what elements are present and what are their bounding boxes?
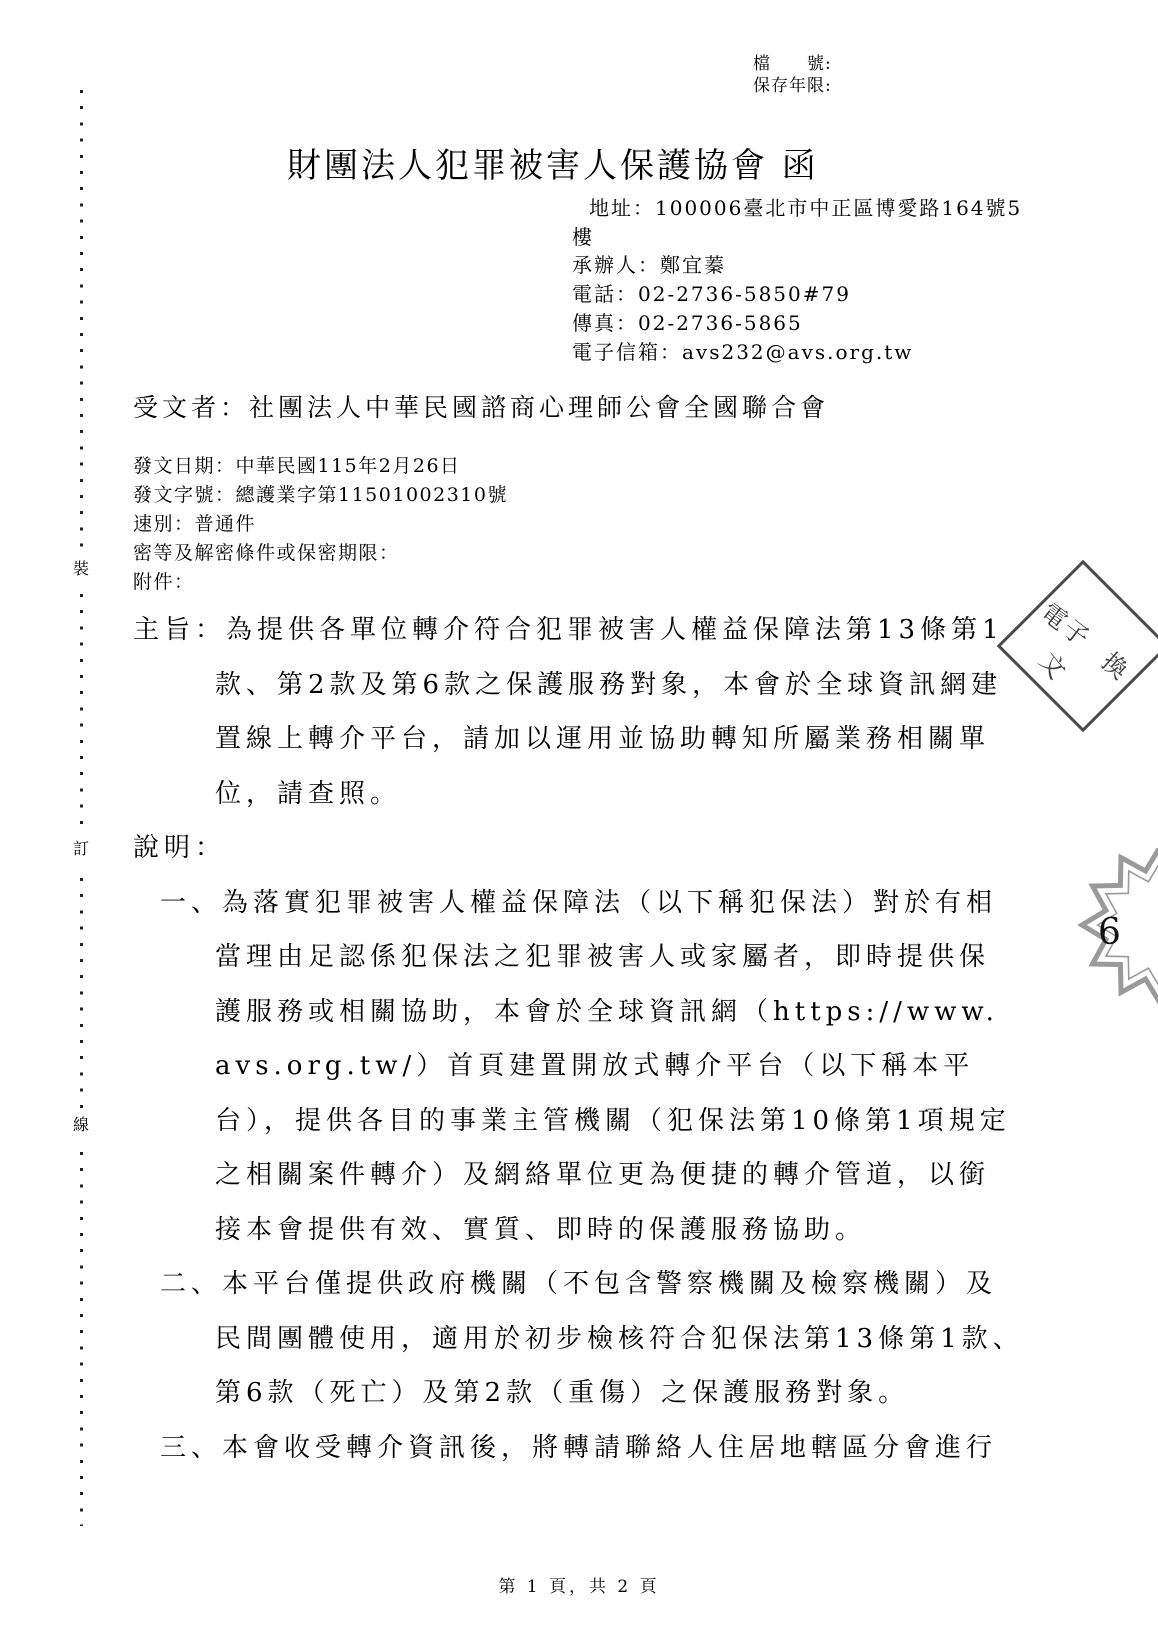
stamp-text: 換 [1095, 643, 1139, 688]
binding-char-zhuang: 裝 [73, 556, 89, 579]
sender-email: 電子信箱：avs232@avs.org.tw [572, 338, 1022, 367]
recipient-line: 受文者：社團法人中華民國諮商心理師公會全國聯合會 [133, 388, 829, 424]
subject-line: 款、第2款及第6款之保護服務對象，本會於全球資訊網建 [133, 658, 1024, 713]
explanation-item-1: avs.org.tw/）首頁建置開放式轉介平台（以下稱本平 [133, 1039, 1024, 1094]
stamp-text: 電子 [1034, 593, 1099, 654]
subject-line: 主旨：為提供各單位轉介符合犯罪被害人權益保障法第13條第1 [133, 603, 1024, 658]
document-title: 財團法人犯罪被害人保護協會 函 [287, 138, 819, 187]
document-meta-block: 發文日期：中華民國115年2月26日 發文字號：總護業字第11501002310… [133, 452, 508, 597]
stamp-text: 文 [1032, 644, 1077, 688]
explanation-item-1: 之相關案件轉介）及網絡單位更為便捷的轉介管道，以銜 [133, 1148, 1024, 1203]
sender-phone: 電話：02-2736-5850#79 [572, 280, 1022, 309]
retention-label: 保存年限: [753, 75, 832, 97]
binding-dots-segment [80, 90, 83, 550]
security-class: 密等及解密條件或保密期限： [133, 539, 508, 568]
explanation-item-3: 三、本會收受轉介資訊後，將轉請聯絡人住居地轄區分會進行 [133, 1421, 1024, 1476]
binding-char-ding: 訂 [73, 836, 89, 859]
document-body: 主旨：為提供各單位轉介符合犯罪被害人權益保障法第13條第1 款、第2款及第6款之… [133, 603, 1024, 1475]
sender-address-line: 地址：100006臺北市中正區博愛路164號5 [572, 194, 1022, 223]
sender-fax: 傳真：02-2736-5865 [572, 309, 1022, 338]
binding-dots-segment [80, 878, 83, 1108]
explanation-item-1: 台），提供各目的事業主管機關（犯保法第10條第1項規定 [133, 1094, 1024, 1149]
explanation-item-2: 民間團體使用，適用於初步檢核符合犯保法第13條第1款、 [133, 1312, 1024, 1367]
attachment-label: 附件： [133, 568, 508, 597]
page-indicator: 第 1 頁，共 2 頁 [0, 1572, 1158, 1597]
explanation-item-1: 接本會提供有效、實質、即時的保護服務協助。 [133, 1203, 1024, 1258]
explanation-item-2: 第6款（死亡）及第2款（重傷）之保護服務對象。 [133, 1366, 1024, 1421]
speed-class: 速別：普通件 [133, 510, 508, 539]
subject-line: 置線上轉介平台，請加以運用並協助轉知所屬業務相關單 [133, 712, 1024, 767]
binding-char-xian: 線 [73, 1112, 89, 1135]
binding-dots-segment [80, 594, 83, 832]
issue-number: 發文字號：總護業字第11501002310號 [133, 481, 508, 510]
seal-number: 6 [1098, 912, 1121, 953]
sender-address-wrap: 樓 [572, 223, 1022, 252]
file-no-label: 檔 號: [753, 53, 832, 75]
sender-contact-block: 地址：100006臺北市中正區博愛路164號5 樓 承辦人：鄭宜蓁 電話：02-… [572, 194, 1022, 366]
file-number-block: 檔 號: 保存年限: [753, 53, 832, 97]
explanation-item-1: 護服務或相關協助，本會於全球資訊網（https://www. [133, 985, 1024, 1040]
explanation-item-2: 二、本平台僅提供政府機關（不包含警察機關及檢察機關）及 [133, 1257, 1024, 1312]
explanation-item-1: 當理由足認係犯保法之犯罪被害人或家屬者，即時提供保 [133, 930, 1024, 985]
sender-contact-person: 承辦人：鄭宜蓁 [572, 251, 1022, 280]
issue-date: 發文日期：中華民國115年2月26日 [133, 452, 508, 481]
explanation-heading: 說明： [133, 821, 1024, 876]
subject-line: 位，請查照。 [133, 767, 1024, 822]
binding-dots-segment [80, 1152, 83, 1526]
explanation-item-1: 一、為落實犯罪被害人權益保障法（以下稱犯保法）對於有相 [133, 876, 1024, 931]
document-page: 檔 號: 保存年限: 財團法人犯罪被害人保護協會 函 地址：100006臺北市中… [0, 0, 1158, 1649]
